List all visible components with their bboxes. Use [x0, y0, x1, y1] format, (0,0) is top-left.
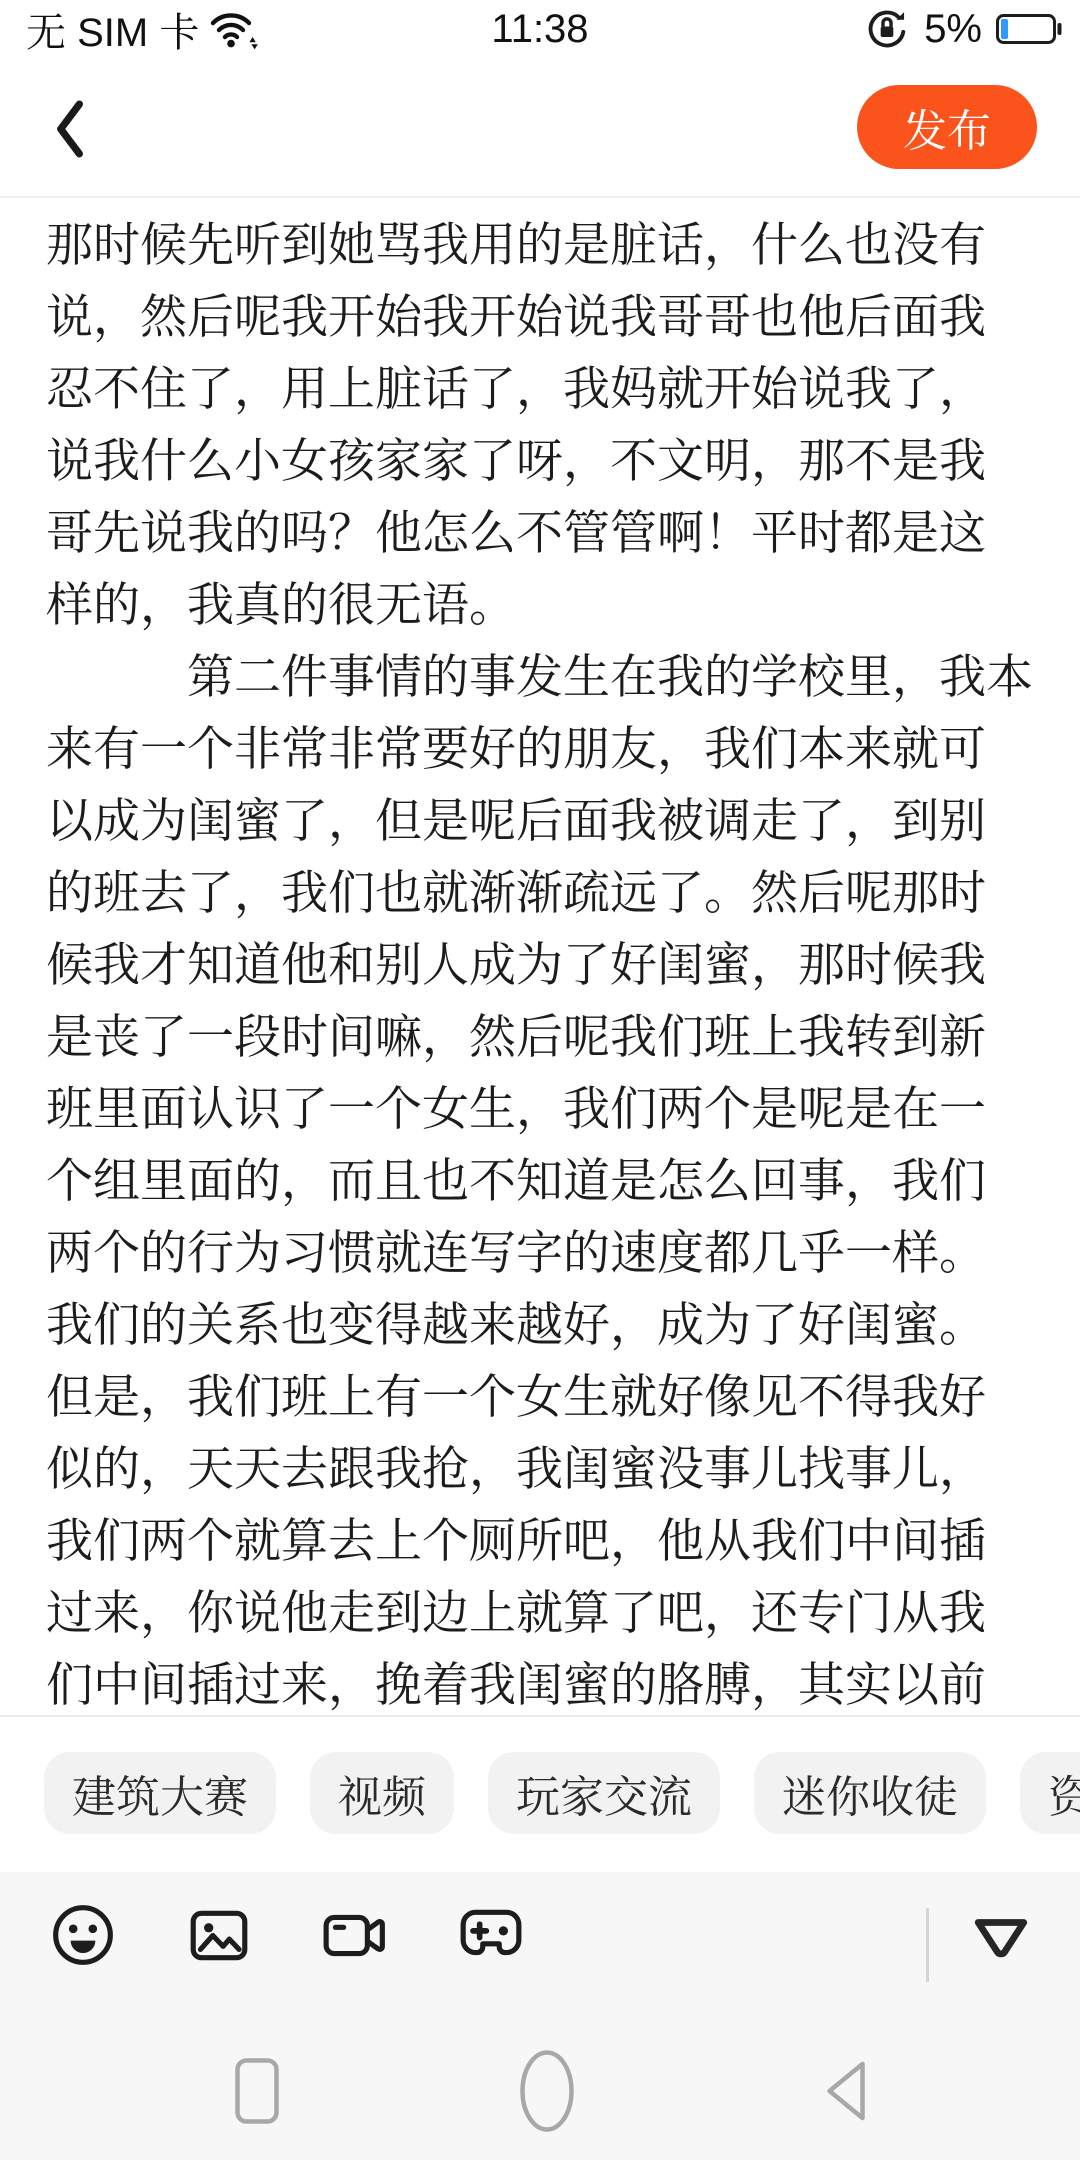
- text-line: 我们两个就算去上个厕所吧，他从我们中间插: [46, 1505, 1034, 1577]
- back-chevron-icon: [52, 100, 86, 158]
- home-button[interactable]: [520, 2050, 574, 2132]
- text-line: 班里面认识了一个女生，我们两个是呢是在一: [46, 1073, 1034, 1145]
- status-right: 5%: [864, 0, 1062, 58]
- text-line: 那时候先听到她骂我用的是脏话，什么也没有: [46, 209, 1034, 281]
- status-bar: 无 SIM 卡 11:38 5%: [0, 0, 1080, 58]
- text-line: 过来，你说他走到边上就算了吧，还专门从我: [46, 1577, 1034, 1649]
- text-line: 忍不住了，用上脏话了，我妈就开始说我了，: [46, 353, 1034, 425]
- battery-percent: 5%: [924, 7, 982, 52]
- text-line: 以成为闺蜜了，但是呢后面我被调走了，到别: [46, 785, 1034, 857]
- text-line: 是丧了一段时间嘛，然后呢我们班上我转到新: [46, 1001, 1034, 1073]
- video-icon: [322, 1902, 388, 1968]
- toolbar-divider: [926, 1908, 929, 1982]
- battery-icon: [996, 14, 1062, 44]
- image-icon: [186, 1902, 252, 1968]
- compose-header: 发布: [0, 58, 1080, 196]
- tag-chip[interactable]: 资: [1020, 1752, 1080, 1834]
- text-line: 说，然后呢我开始我开始说我哥哥也他后面我: [46, 281, 1034, 353]
- rotation-lock-icon: [864, 6, 910, 52]
- text-line: 说我什么小女孩家家了呀，不文明，那不是我: [46, 425, 1034, 497]
- system-nav-bar: [0, 2022, 1080, 2160]
- text-line: 来有一个非常非常要好的朋友，我们本来就可: [46, 713, 1034, 785]
- text-line: 两个的行为习惯就连写字的速度都几乎一样。: [46, 1217, 1034, 1289]
- post-text: 那时候先听到她骂我用的是脏话，什么也没有说，然后呢我开始我开始说我哥哥也他后面我…: [0, 199, 1080, 1714]
- text-line: 们中间插过来，挽着我闺蜜的胳膊，其实以前: [46, 1649, 1034, 1714]
- text-line: 哥先说我的吗？他怎么不管管啊！平时都是这: [46, 497, 1034, 569]
- back-button[interactable]: [52, 98, 92, 160]
- recents-button[interactable]: [235, 2058, 279, 2124]
- home-circle-icon: [520, 2050, 574, 2132]
- gamepad-icon: [458, 1906, 524, 1964]
- text-line: 第二件事情的事发生在我的学校里，我本: [46, 641, 1034, 713]
- tag-chip[interactable]: 玩家交流: [488, 1752, 720, 1834]
- text-line: 样的，我真的很无语。: [46, 569, 1034, 641]
- publish-button[interactable]: 发布: [857, 85, 1037, 169]
- tag-chip-row: 建筑大赛视频玩家交流迷你收徒资: [44, 1752, 1080, 1834]
- collapse-keyboard-button[interactable]: [972, 1914, 1030, 1962]
- content-divider: [0, 1715, 1080, 1717]
- emoji-button[interactable]: [50, 1902, 116, 1968]
- text-line: 我们的关系也变得越来越好，成为了好闺蜜。: [46, 1289, 1034, 1361]
- post-body-editor[interactable]: 那时候先听到她骂我用的是脏话，什么也没有说，然后呢我开始我开始说我哥哥也他后面我…: [0, 199, 1080, 1714]
- tag-chip[interactable]: 建筑大赛: [44, 1752, 276, 1834]
- back-triangle-icon: [822, 2058, 868, 2124]
- text-line: 的班去了，我们也就渐渐疏远了。然后呢那时: [46, 857, 1034, 929]
- image-button[interactable]: [186, 1902, 252, 1968]
- bottom-panel: [0, 1872, 1080, 2160]
- header-divider: [0, 196, 1080, 198]
- emoji-icon: [50, 1902, 116, 1968]
- text-line: 但是，我们班上有一个女生就好像见不得我好: [46, 1361, 1034, 1433]
- recents-square-icon: [235, 2058, 279, 2124]
- tag-chip[interactable]: 迷你收徒: [754, 1752, 986, 1834]
- text-line: 个组里面的，而且也不知道是怎么回事，我们: [46, 1145, 1034, 1217]
- game-button[interactable]: [458, 1902, 524, 1968]
- compose-toolbar: [0, 1872, 524, 1998]
- video-button[interactable]: [322, 1902, 388, 1968]
- text-line: 似的，天天去跟我抢，我闺蜜没事儿找事儿，: [46, 1433, 1034, 1505]
- tag-chip[interactable]: 视频: [310, 1752, 454, 1834]
- collapse-triangle-icon: [972, 1915, 1030, 1961]
- text-line: 候我才知道他和别人成为了好闺蜜，那时候我: [46, 929, 1034, 1001]
- nav-back-button[interactable]: [822, 2058, 868, 2124]
